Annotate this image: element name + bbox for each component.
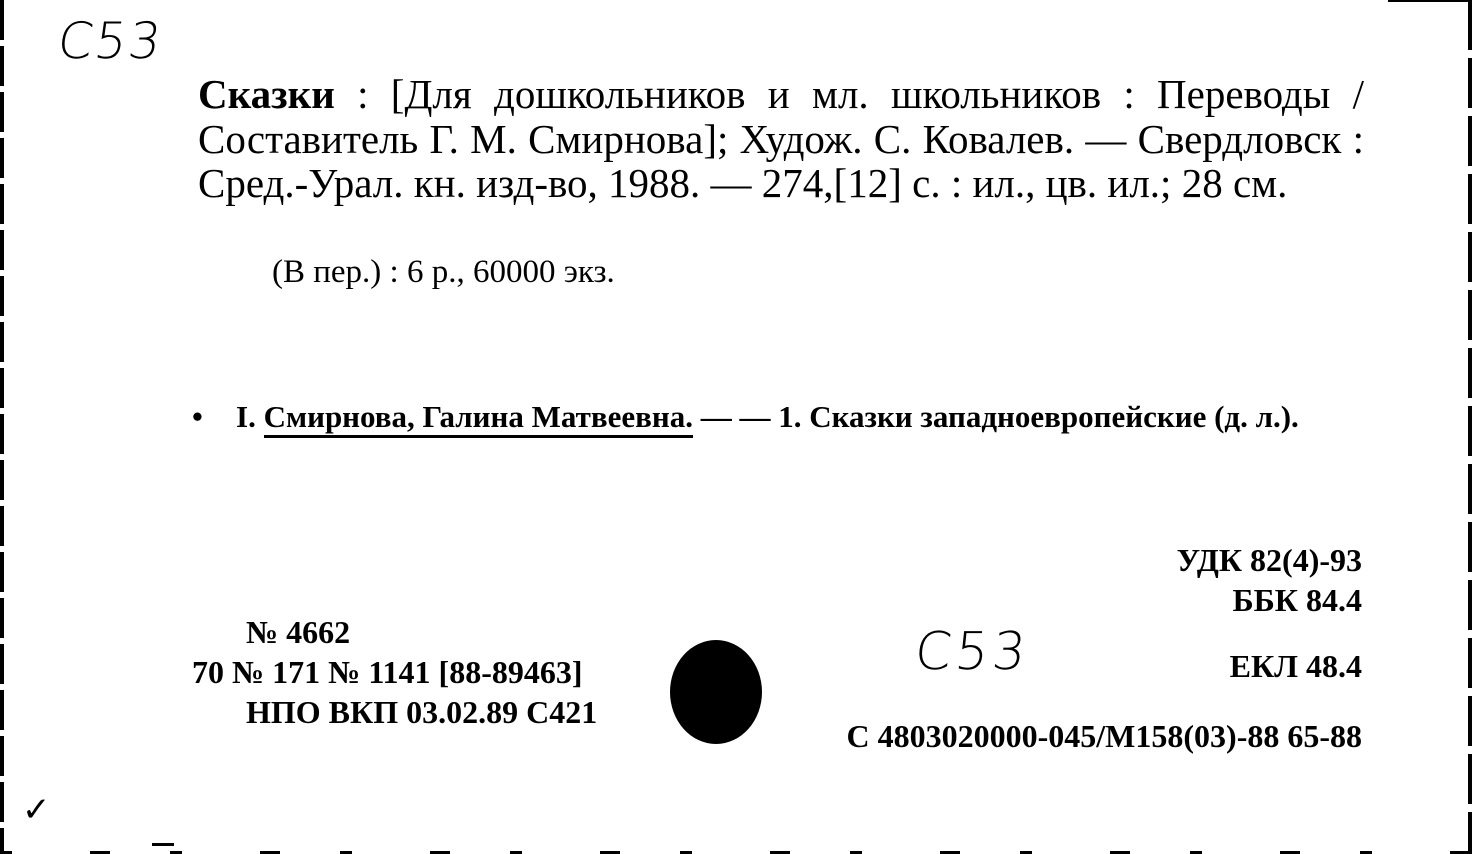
entry-body: : [Для дошкольников и мл. школьников : П… <box>198 71 1364 206</box>
bullet-icon: • <box>192 398 236 436</box>
classification-codes: УДК 82(4)-93 ББК 84.4 <box>1177 540 1362 620</box>
binding-price-print-run: (В пер.) : 6 р., 60000 экз. <box>272 254 615 291</box>
bbk-code: ББК 84.4 <box>1177 580 1362 620</box>
order-number: № 4662 <box>192 612 597 652</box>
tracing-subjects: — — 1. Сказки западноевропейские (д. л.)… <box>693 399 1299 434</box>
catalog-index-line: С 4803020000-045/М158(03)-88 65-88 <box>847 718 1362 755</box>
ekl-code: ЕКЛ 48.4 <box>1230 648 1362 685</box>
punch-hole <box>670 640 762 744</box>
udk-code: УДК 82(4)-93 <box>1177 540 1362 580</box>
handwritten-shelf-mark-mid: C53 <box>912 622 1033 682</box>
order-info: № 4662 70 № 171 № 1141 [88-89463] НПО ВК… <box>192 612 597 732</box>
dash-mark <box>152 843 174 846</box>
tracing-author-underlined: Смирнова, Галина Матвеевна. <box>264 399 693 438</box>
card-border-top <box>1388 0 1468 2</box>
printer-info: НПО ВКП 03.02.89 С421 <box>192 692 597 732</box>
check-mark-icon: ✓ <box>22 790 51 830</box>
handwritten-shelf-mark-top: C53 <box>54 12 167 70</box>
tracing-prefix: I. <box>236 399 264 434</box>
order-details: 70 № 171 № 1141 [88-89463] <box>192 652 597 692</box>
tracings: •I. Смирнова, Галина Матвеевна. — — 1. С… <box>192 398 1364 436</box>
card-border-left <box>0 0 4 854</box>
entry-title: Сказки <box>198 71 335 117</box>
main-bibliographic-entry: Сказки : [Для дошкольников и мл. школьни… <box>198 72 1364 206</box>
card-border-right <box>1468 0 1472 854</box>
